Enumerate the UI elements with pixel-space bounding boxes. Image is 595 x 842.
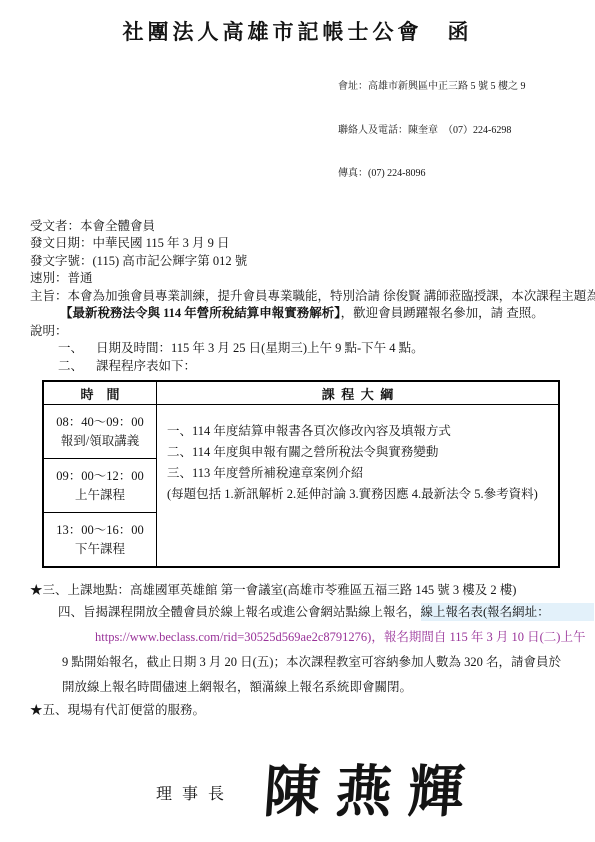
- registration-url-link[interactable]: https://www.beclass.com/rid=30525d569ae2…: [95, 630, 585, 644]
- time-range: 09：00～12：00: [45, 467, 155, 486]
- association-address: 會址：高雄市新興區中正三路 5 號 5 樓之 9: [338, 80, 565, 95]
- course-outline-cell: 一、114 年度結算申報書各頁次修改內容及填報方式 二、114 年度與申報有關之…: [157, 405, 560, 568]
- section-4-prefix: 四、旨揭課程開放全體會員於線上報名或進公會網站點線上報名，: [58, 605, 421, 619]
- outline-line-2: 二、114 年度與申報有關之營所稅法令與實務變動: [167, 442, 552, 463]
- section-4-line-3: 9 點開始報名，截止日期 3 月 20 日(五)；本次課程教室可容納參加人數為 …: [30, 650, 565, 675]
- chairman-title: 理事長: [156, 781, 234, 804]
- contact-block: 會址：高雄市新興區中正三路 5 號 5 樓之 9 聯絡人及電話：陳奎章 （07）…: [338, 51, 565, 211]
- outline-line-1: 一、114 年度結算申報書各頁次修改內容及填報方式: [167, 421, 552, 442]
- time-slot-morning: 09：00～12：00 上午課程: [43, 459, 157, 513]
- recipient-line: 受文者：本會全體會員: [30, 218, 565, 236]
- time-label: 上午課程: [45, 486, 155, 505]
- section-4-line-4: 開放線上報名時間儘速上網報名，額滿線上報名系統即會關閉。: [30, 675, 565, 700]
- priority-line: 速別：普通: [30, 270, 565, 288]
- chairman-signature: 陳燕輝: [262, 764, 482, 820]
- subject-line-1: 主旨：本會為加強會員專業訓練，提升會員專業職能，特別洽請 徐俊賢 講師蒞臨授課，…: [30, 288, 565, 306]
- item-marker: 二、: [58, 358, 96, 376]
- item-text-schedule: 課程程序表如下：: [96, 358, 196, 376]
- outline-line-4: (每題包括 1.新訊解析 2.延伸討論 3.實務因應 4.最新法令 5.參考資料…: [167, 484, 552, 505]
- document-page: 社團法人高雄市記帳士公會 函 會址：高雄市新興區中正三路 5 號 5 樓之 9 …: [0, 0, 595, 842]
- fax-number: 傳真：(07) 224-8096: [338, 167, 565, 182]
- signature-block: 理事長 陳燕輝: [156, 764, 565, 820]
- time-label: 下午課程: [45, 540, 155, 559]
- outline-line-3: 三、113 年度營所補稅違章案例介紹: [167, 463, 552, 484]
- registration-form-highlight: 線上報名表(報名網址：: [421, 603, 594, 621]
- explanation-item-2: 二、 課程程序表如下：: [30, 358, 565, 376]
- item-text-date-time: 日期及時間：115 年 3 月 25 日(星期三)上午 9 點-下午 4 點。: [96, 340, 424, 358]
- outline-column-header: 課 程 大 綱: [157, 381, 560, 405]
- section-4-line-1: 四、旨揭課程開放全體會員於線上報名或進公會網站點線上報名，線上報名表(報名網址：: [30, 600, 565, 625]
- time-column-header: 時 間: [43, 381, 157, 405]
- section-3-location: ★三、上課地點：高雄國軍英雄館 第一會議室(高雄市苓雅區五福三路 145 號 3…: [30, 580, 565, 600]
- time-slot-registration: 08：40～09：00 報到/領取講義: [43, 405, 157, 459]
- subject-line-2-rest: ，歡迎會員踴躍報名參加，請 查照。: [341, 306, 544, 320]
- doc-number-line: 發文字號：(115) 高市記公輝字第 012 號: [30, 253, 565, 271]
- explanation-label: 說明：: [30, 323, 565, 341]
- subject-line-2: 【最新稅務法令與 114 年營所稅結算申報實務解析】，歡迎會員踴躍報名參加，請 …: [30, 305, 565, 323]
- notes-sections: ★三、上課地點：高雄國軍英雄館 第一會議室(高雄市苓雅區五福三路 145 號 3…: [30, 580, 565, 720]
- section-5-lunch-service: ★五、現場有代訂便當的服務。: [30, 700, 565, 720]
- issue-date-line: 發文日期：中華民國 115 年 3 月 9 日: [30, 235, 565, 253]
- course-theme-bold: 【最新稅務法令與 114 年營所稅結算申報實務解析】: [60, 306, 341, 320]
- table-row: 08：40～09：00 報到/領取講義 一、114 年度結算申報書各頁次修改內容…: [43, 405, 559, 459]
- contact-person-phone: 聯絡人及電話：陳奎章 （07）224-6298: [338, 124, 565, 139]
- table-header-row: 時 間 課 程 大 綱: [43, 381, 559, 405]
- section-4-line-2: https://www.beclass.com/rid=30525d569ae2…: [30, 625, 565, 650]
- time-range: 13：00～16：00: [45, 521, 155, 540]
- time-range: 08：40～09：00: [45, 413, 155, 432]
- item-marker: 一、: [58, 340, 96, 358]
- time-label: 報到/領取講義: [45, 432, 155, 451]
- document-meta: 受文者：本會全體會員 發文日期：中華民國 115 年 3 月 9 日 發文字號：…: [30, 218, 565, 376]
- time-slot-afternoon: 13：00～16：00 下午課程: [43, 513, 157, 568]
- document-title: 社團法人高雄市記帳士公會 函: [30, 16, 565, 46]
- explanation-item-1: 一、 日期及時間：115 年 3 月 25 日(星期三)上午 9 點-下午 4 …: [30, 340, 565, 358]
- course-schedule-table: 時 間 課 程 大 綱 08：40～09：00 報到/領取講義 一、114 年度…: [42, 380, 560, 568]
